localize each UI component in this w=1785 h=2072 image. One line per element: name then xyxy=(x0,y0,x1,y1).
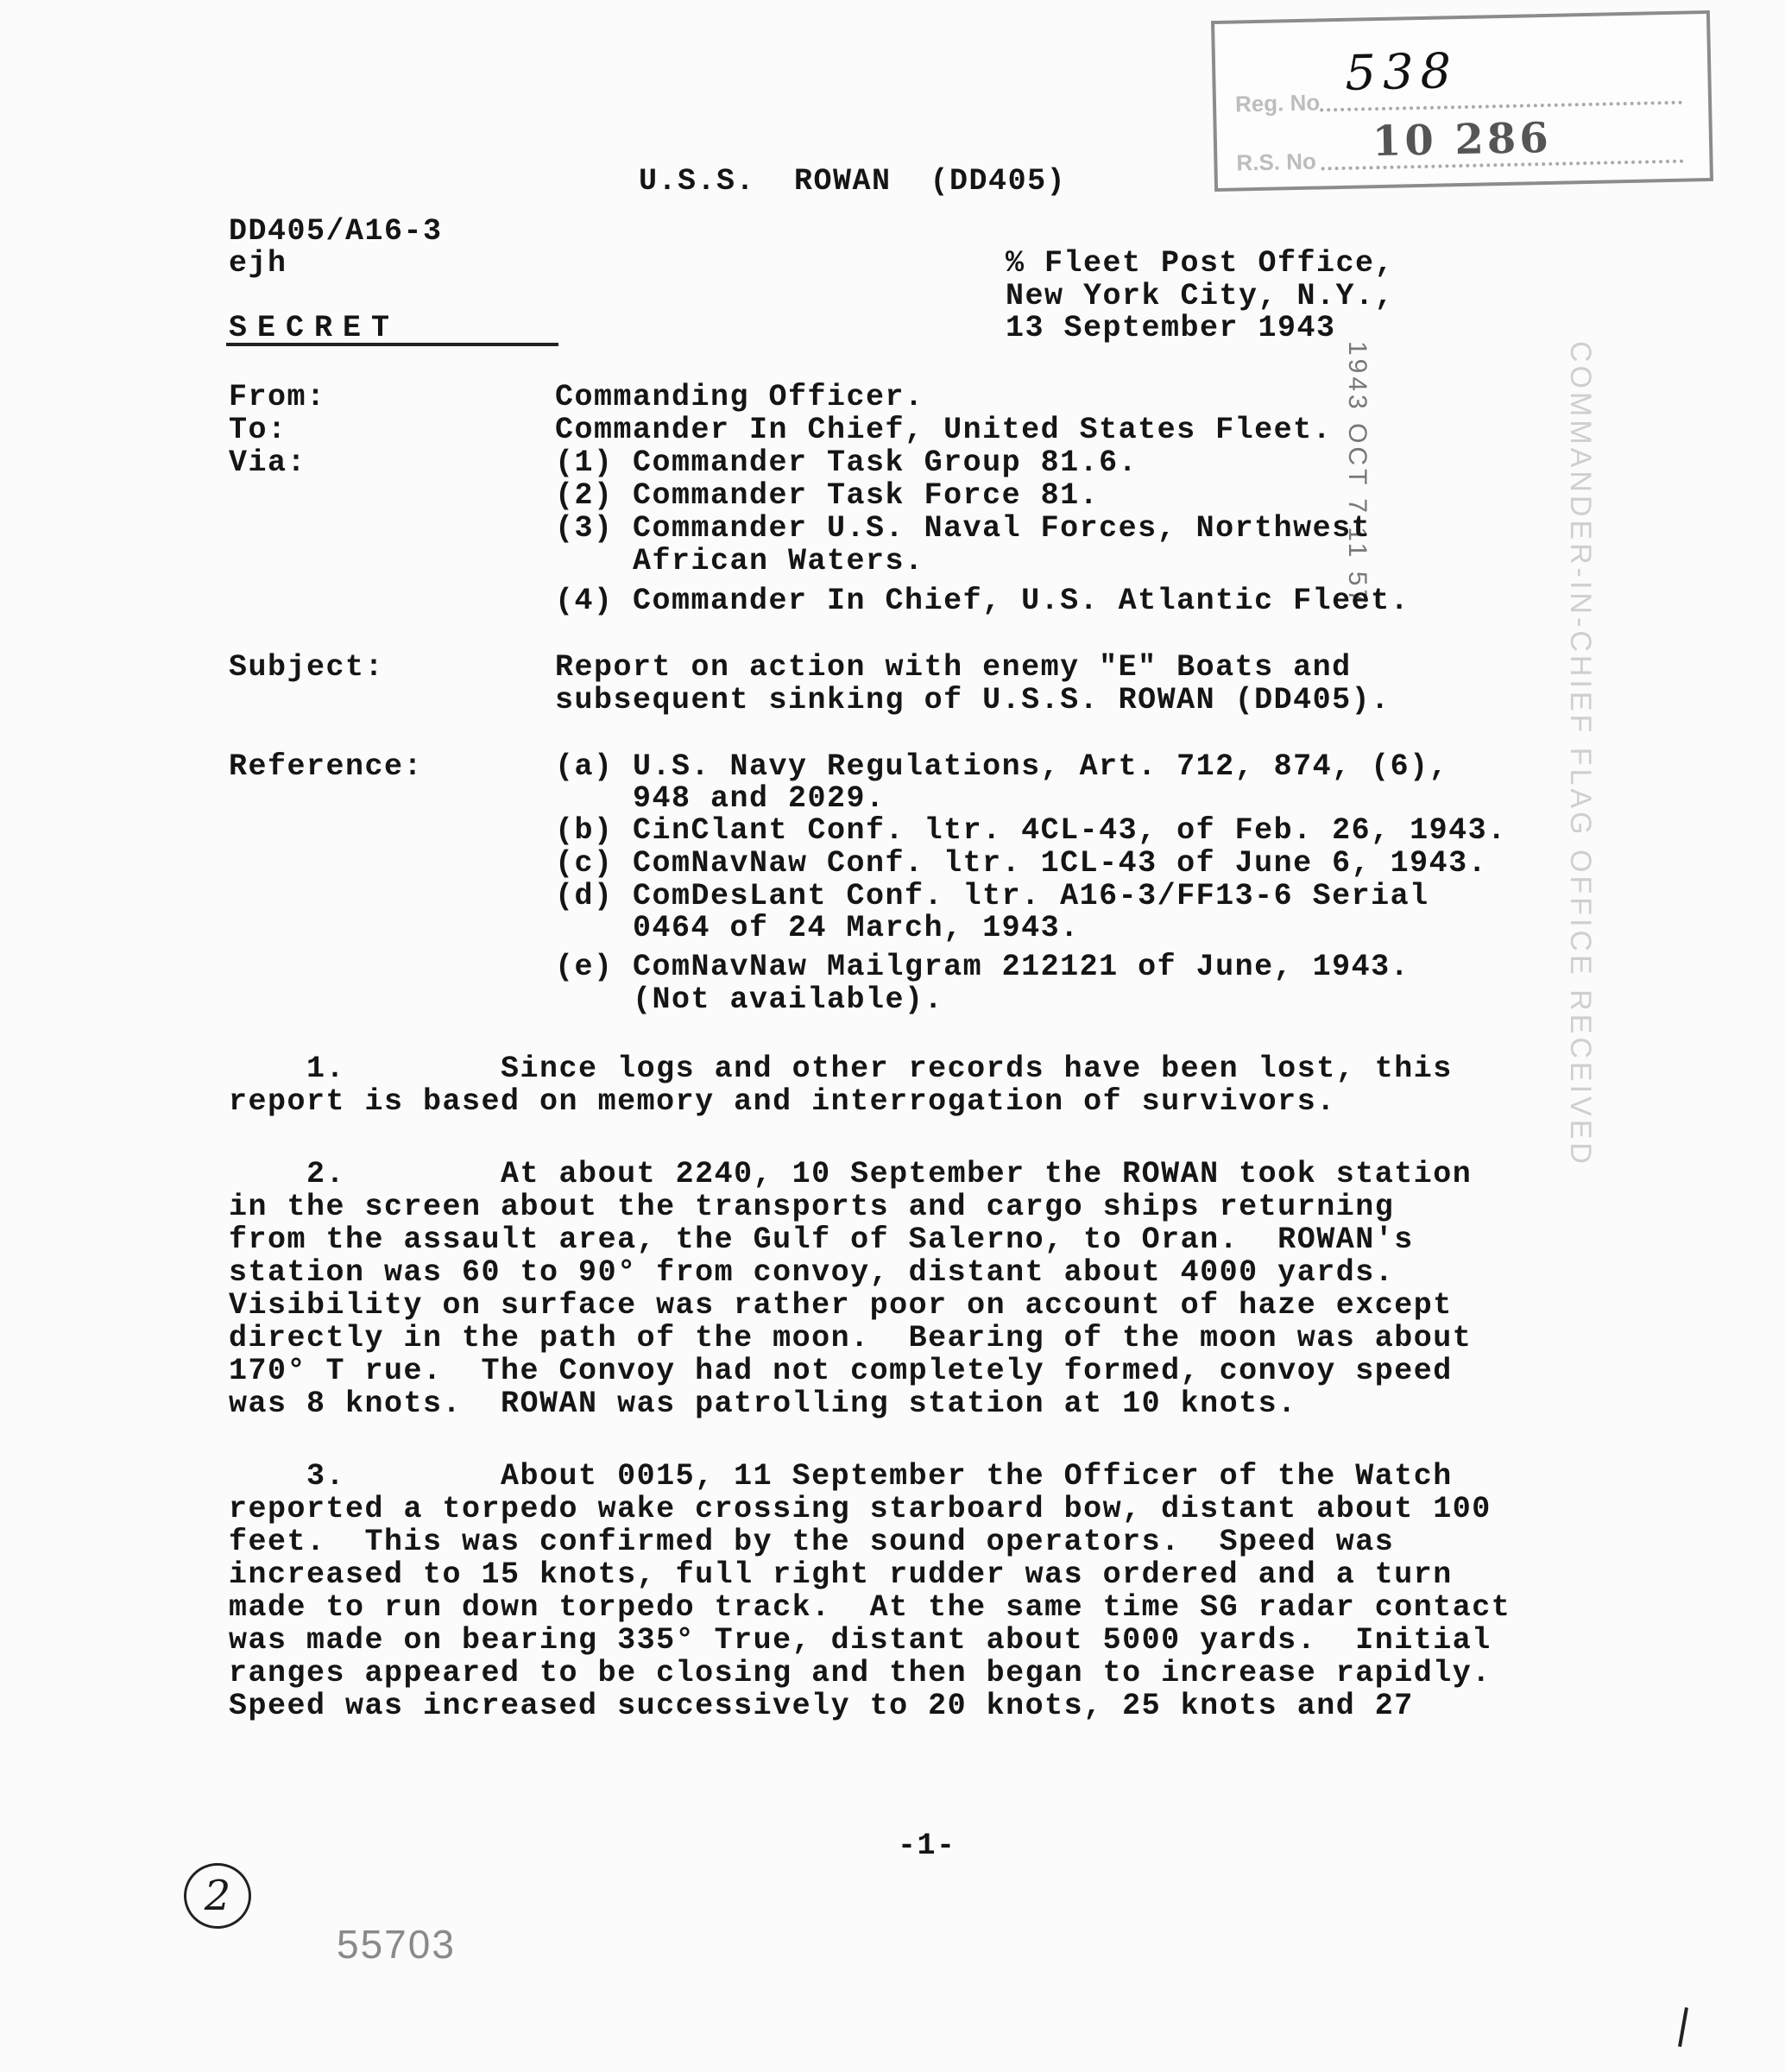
paragraph-line: made to run down torpedo track. At the s… xyxy=(229,1590,1511,1625)
letter-date: 13 September 1943 xyxy=(1006,311,1336,345)
paragraph-line: was made on bearing 335° True, distant a… xyxy=(229,1623,1492,1658)
address-line-1: % Fleet Post Office, xyxy=(1006,246,1394,281)
via-label: Via: xyxy=(229,445,306,480)
subject-label: Subject: xyxy=(229,650,384,685)
reference-item: 0464 of 24 March, 1943. xyxy=(555,911,1080,945)
file-code: DD405/A16-3 xyxy=(229,214,443,249)
paragraph-line: feet. This was confirmed by the sound op… xyxy=(229,1525,1394,1559)
handwritten-tick-mark xyxy=(1678,2007,1688,2047)
via-item: (2) Commander Task Force 81. xyxy=(555,478,1099,513)
paragraph-line: reported a torpedo wake crossing starboa… xyxy=(229,1492,1492,1526)
paragraph-line: directly in the path of the moon. Bearin… xyxy=(229,1321,1472,1355)
flag-office-received-stamp: COMMANDER-IN-CHIEF FLAG OFFICE RECEIVED xyxy=(1502,341,1597,1167)
reg-no-dotted-line xyxy=(1320,101,1682,112)
address-line-2: New York City, N.Y., xyxy=(1006,279,1394,313)
reference-item: 948 and 2029. xyxy=(555,781,886,816)
paragraph-line: Speed was increased successively to 20 k… xyxy=(229,1689,1414,1723)
document-title: U.S.S. ROWAN (DD405) xyxy=(639,164,1066,199)
paragraph-line: ranges appeared to be closing and then b… xyxy=(229,1656,1492,1690)
from-label: From: xyxy=(229,380,326,414)
paragraph-line: 3. About 0015, 11 September the Officer … xyxy=(229,1459,1453,1494)
reg-no-label: Reg. No xyxy=(1235,89,1321,117)
classification-underline xyxy=(226,343,558,346)
via-item: (3) Commander U.S. Naval Forces, Northwe… xyxy=(555,511,1371,546)
paragraph-line: Visibility on surface was rather poor on… xyxy=(229,1288,1453,1323)
reference-item: (e) ComNavNaw Mailgram 212121 of June, 1… xyxy=(555,950,1410,984)
via-item: African Waters. xyxy=(555,544,924,578)
document-number: 55703 xyxy=(337,1921,456,1968)
paragraph-line: 2. At about 2240, 10 September the ROWAN… xyxy=(229,1157,1472,1191)
reference-item: (a) U.S. Navy Regulations, Art. 712, 874… xyxy=(555,749,1448,784)
paragraph-line: 170° T rue. The Convoy had not completel… xyxy=(229,1354,1453,1388)
to-value: Commander In Chief, United States Fleet. xyxy=(555,413,1332,447)
rs-no-label: R.S. No xyxy=(1236,148,1316,177)
reference-item: (d) ComDesLant Conf. ltr. A16-3/FF13-6 S… xyxy=(555,879,1429,913)
paragraph-line: increased to 15 knots, full right rudder… xyxy=(229,1557,1453,1592)
circled-number-text: 2 xyxy=(205,1872,231,1920)
reg-no-value: 538 xyxy=(1345,43,1459,102)
reference-item: (c) ComNavNaw Conf. ltr. 1CL-43 of June … xyxy=(555,846,1487,881)
paragraph-line: from the assault area, the Gulf of Saler… xyxy=(229,1222,1414,1257)
via-item: (4) Commander In Chief, U.S. Atlantic Fl… xyxy=(555,584,1410,618)
via-item: (1) Commander Task Group 81.6. xyxy=(555,445,1138,480)
typist-initials: ejh xyxy=(229,246,287,281)
reference-item: (Not available). xyxy=(555,982,943,1017)
reference-item: (b) CinClant Conf. ltr. 4CL-43, of Feb. … xyxy=(555,813,1507,848)
paragraph-line: report is based on memory and interrogat… xyxy=(229,1084,1336,1119)
reference-label: Reference: xyxy=(229,749,423,784)
subject-line: subsequent sinking of U.S.S. ROWAN (DD40… xyxy=(555,683,1391,717)
subject-line: Report on action with enemy "E" Boats an… xyxy=(555,650,1352,685)
from-value: Commanding Officer. xyxy=(555,380,924,414)
paragraph-line: was 8 knots. ROWAN was patrolling statio… xyxy=(229,1387,1297,1421)
classification-marking: SECRET xyxy=(229,311,400,345)
received-date-stamp: 1943 OCT 7 11 57 xyxy=(1342,341,1372,607)
page-number: -1- xyxy=(898,1829,956,1863)
circled-number: 2 xyxy=(184,1863,251,1929)
paragraph-line: 1. Since logs and other records have bee… xyxy=(229,1052,1453,1086)
paragraph-line: station was 60 to 90° from convoy, dista… xyxy=(229,1255,1394,1290)
rs-no-value: 10 286 xyxy=(1372,114,1552,166)
paragraph-line: in the screen about the transports and c… xyxy=(229,1190,1394,1224)
registration-stamp: Reg. No 538 R.S. No 10 286 xyxy=(1211,10,1713,192)
to-label: To: xyxy=(229,413,287,447)
